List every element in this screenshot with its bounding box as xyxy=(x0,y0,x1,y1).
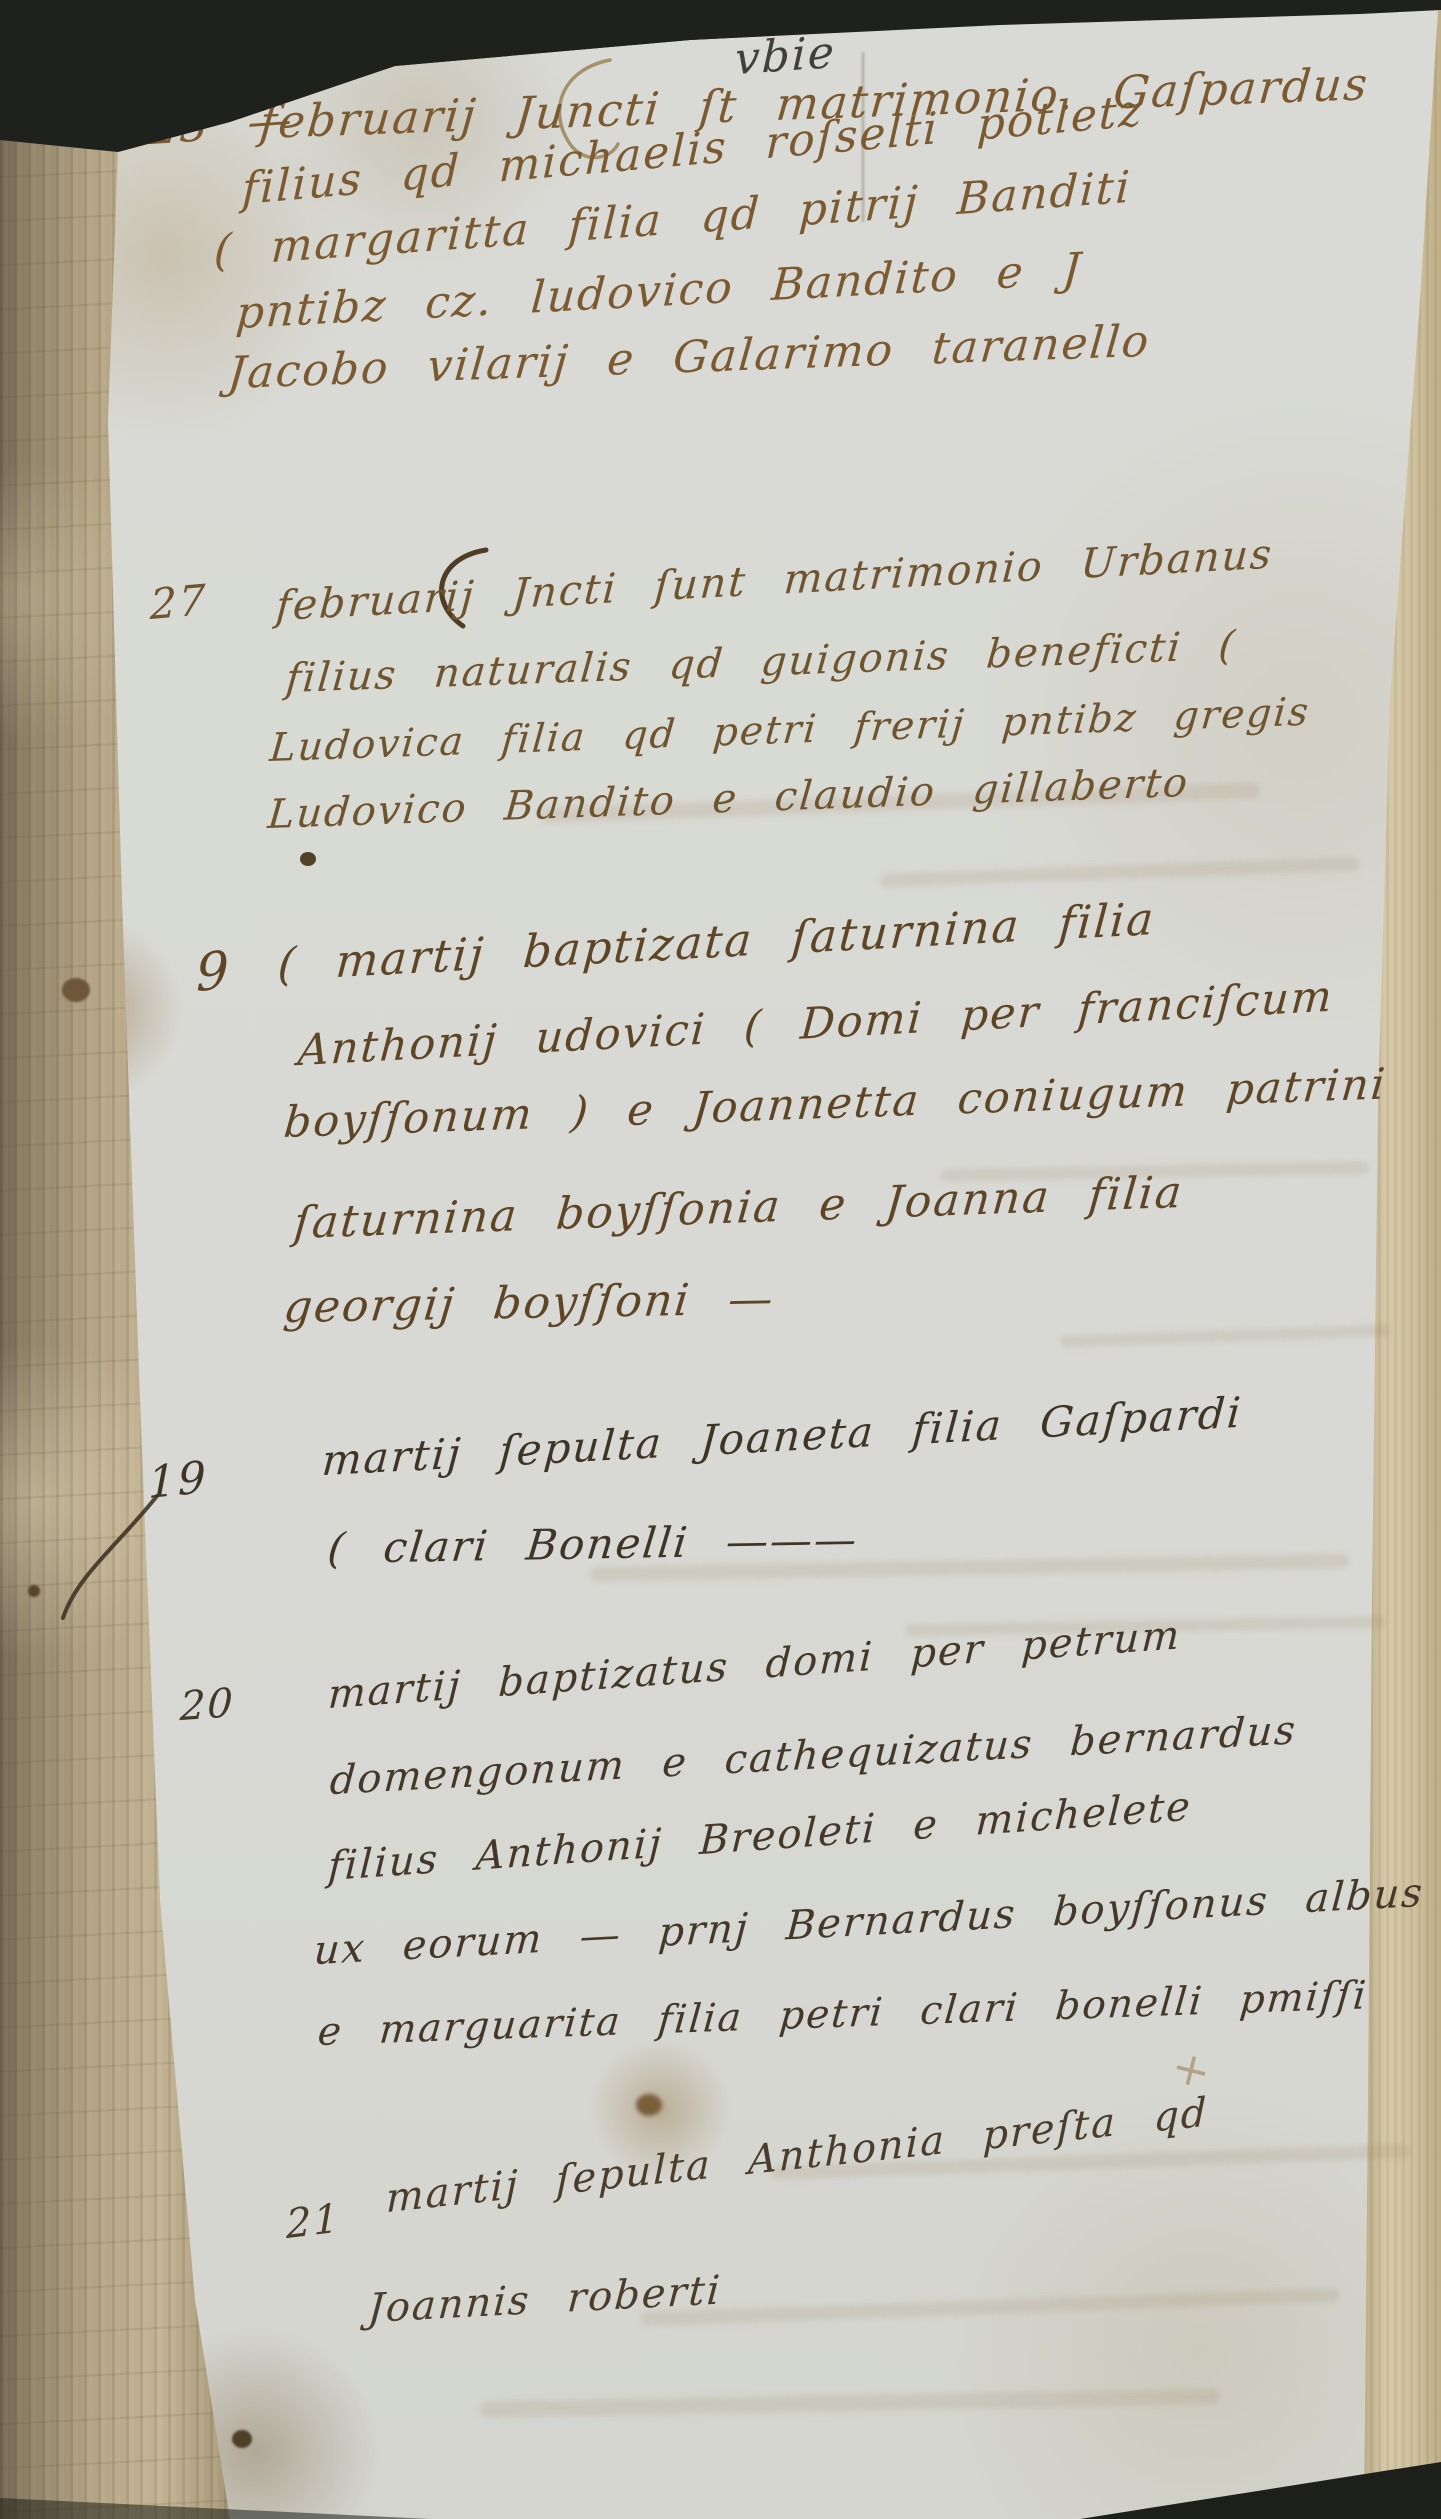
register-line: ( clari Bonelli ——— xyxy=(325,1515,860,1573)
pen-flourish xyxy=(55,1488,175,1628)
entry-day-number: 19 xyxy=(148,1452,208,1510)
register-line: georgij boyſſoni — xyxy=(281,1273,777,1333)
ink-spot xyxy=(232,2430,252,2448)
entry-day-number: 9 xyxy=(196,940,231,1004)
entry-day-number: 27 xyxy=(150,575,208,629)
ink-spot xyxy=(62,978,90,1002)
manuscript-photo: vbie 23 — februarij Juncti ſt matrimonio… xyxy=(0,0,1441,2519)
entry-day-number: 21 xyxy=(286,2195,341,2248)
ink-spot xyxy=(28,1585,40,1597)
stain-spot xyxy=(636,2094,662,2116)
entry-day-number: 20 xyxy=(179,1680,235,1730)
ink-spot xyxy=(300,852,316,866)
